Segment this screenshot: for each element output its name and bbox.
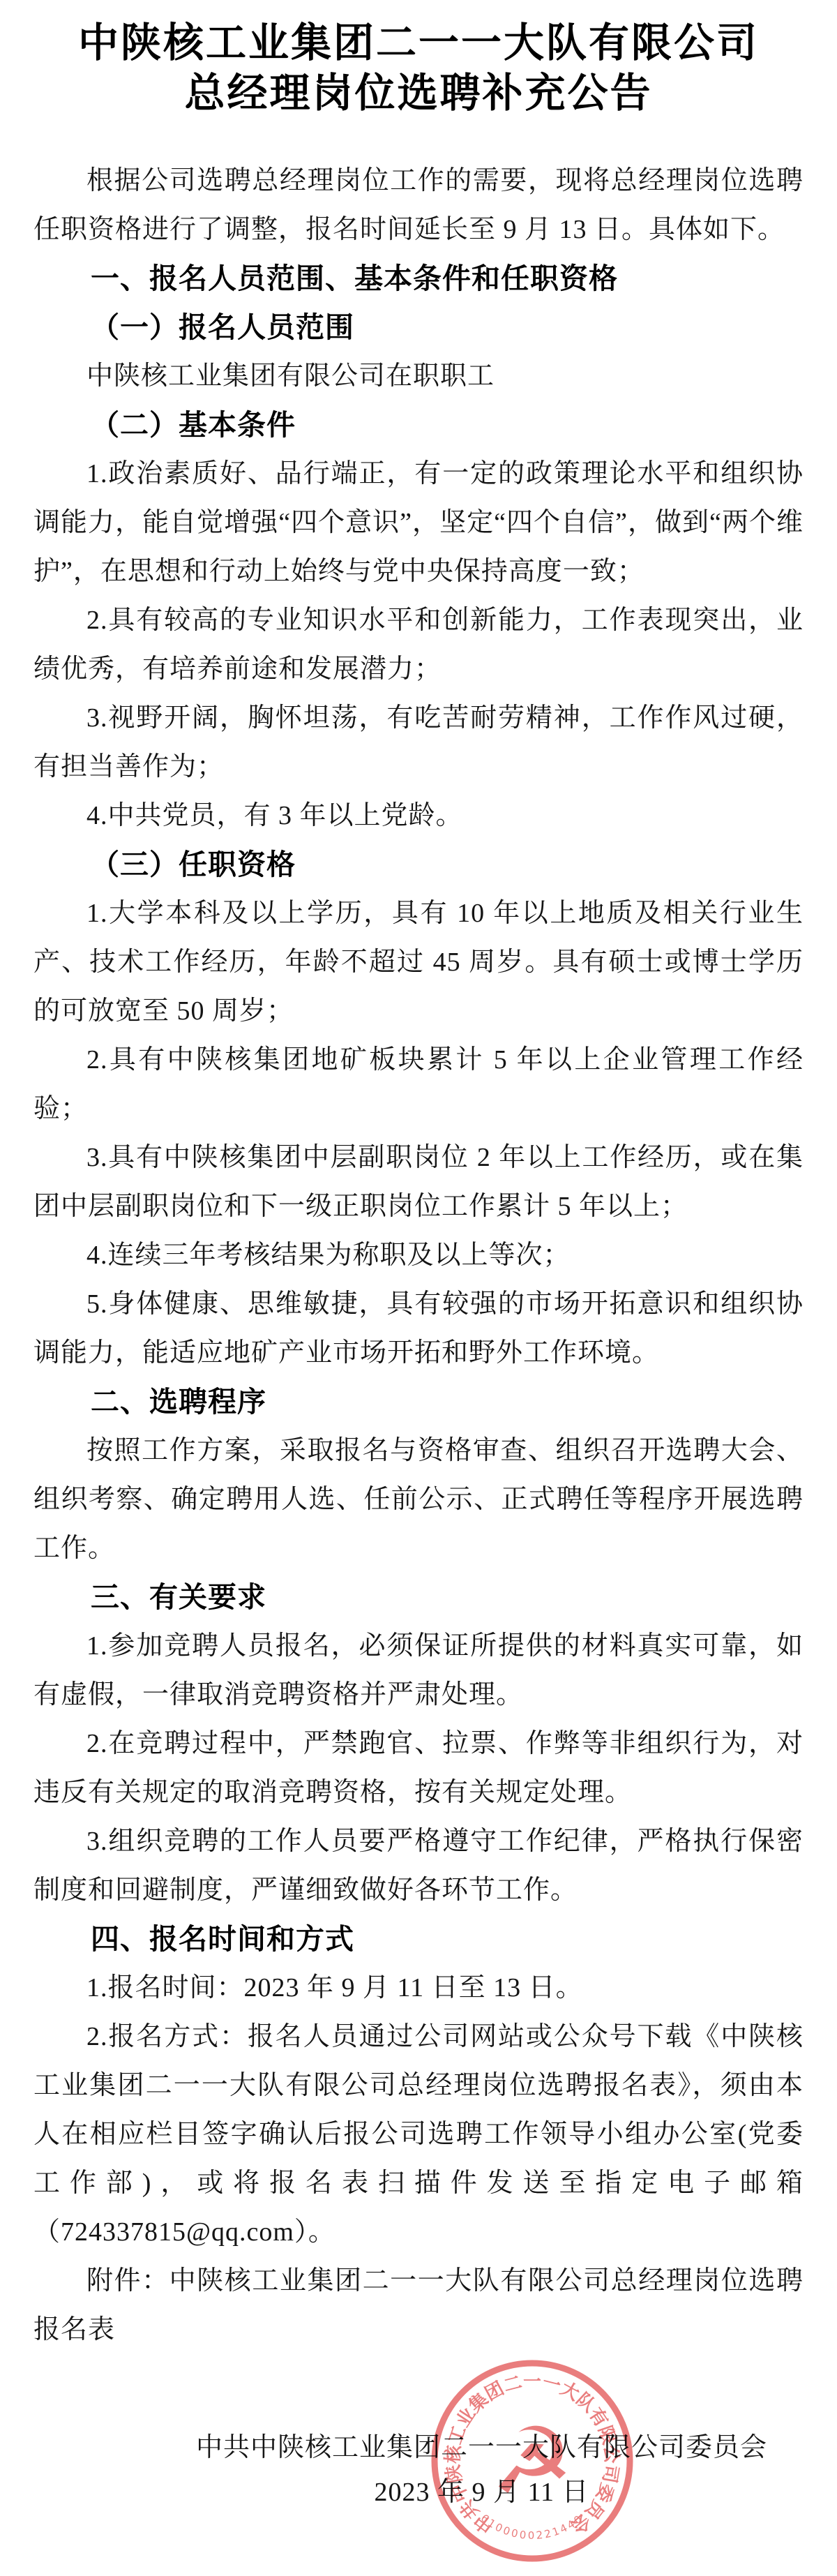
hammer-sickle-icon: ☭: [491, 2408, 573, 2515]
announcement-page: 中陕核工业集团二一一大队有限公司 总经理岗位选聘补充公告 根据公司选聘总经理岗位…: [0, 0, 837, 2576]
seal-serial-holder: 6100000221440: [478, 2512, 586, 2542]
basic-condition-item: 4.中共党员，有 3 年以上党龄。: [33, 791, 804, 840]
subsection-1-1-body: 中陕核工业集团有限公司在职职工: [33, 352, 804, 400]
section-2-body: 按照工作方案，采取报名与资格审查、组织召开选聘大会、组织考察、确定聘用人选、任前…: [33, 1426, 804, 1573]
subsection-1-3-heading: （三）任职资格: [33, 840, 804, 889]
registration-item: 1.报名时间：2023 年 9 月 11 日至 13 日。: [33, 1963, 804, 2012]
section-3-heading: 三、有关要求: [33, 1573, 804, 1622]
subsection-1-2-heading: （二）基本条件: [33, 400, 804, 449]
subsection-1-1-heading: （一）报名人员范围: [33, 303, 804, 352]
registration-item: 2.报名方式：报名人员通过公司网站或公众号下载《中陕核工业集团二一一大队有限公司…: [33, 2012, 804, 2256]
title-line-2: 总经理岗位选聘补充公告: [33, 68, 804, 119]
requirement-item: 1.参加竞聘人员报名，必须保证所提供的材料真实可靠，如有虚假，一律取消竞聘资格并…: [33, 1622, 804, 1719]
section-1-heading: 一、报名人员范围、基本条件和任职资格: [33, 254, 804, 303]
signature-block: 中共中陕核工业集团二一一大队有限公司委员会 2023 年 9 月 11 日: [33, 2425, 804, 2515]
seal-serial-number: 6100000221440: [478, 2512, 586, 2542]
basic-condition-item: 2.具有较高的专业知识水平和创新能力，工作表现突出，业绩优秀，有培养前途和发展潜…: [33, 596, 804, 694]
qualification-item: 4.连续三年考核结果为称职及以上等次；: [33, 1231, 804, 1280]
requirement-item: 3.组织竞聘的工作人员要严格遵守工作纪律，严格执行保密制度和回避制度，严谨细致做…: [33, 1817, 804, 1915]
basic-condition-item: 1.政治素质好、品行端正，有一定的政策理论水平和组织协调能力，能自觉增强“四个意…: [33, 449, 804, 596]
official-seal: 中共中陕核工业集团二一一大队有限公司委员会 ☭ 6100000221440: [428, 2356, 637, 2566]
qualification-item: 5.身体健康、思维敏捷，具有较强的市场开拓意识和组织协调能力，能适应地矿产业市场…: [33, 1280, 804, 1377]
attachment-paragraph: 附件：中陕核工业集团二一一大队有限公司总经理岗位选聘报名表: [33, 2256, 804, 2354]
document-body: 根据公司选聘总经理岗位工作的需要，现将总经理岗位选聘任职资格进行了调整，报名时间…: [33, 156, 804, 2354]
intro-paragraph: 根据公司选聘总经理岗位工作的需要，现将总经理岗位选聘任职资格进行了调整，报名时间…: [33, 156, 804, 254]
document-title: 中陕核工业集团二一一大队有限公司 总经理岗位选聘补充公告: [33, 18, 804, 119]
title-line-1: 中陕核工业集团二一一大队有限公司: [33, 18, 804, 68]
qualification-item: 2.具有中陕核集团地矿板块累计 5 年以上企业管理工作经验；: [33, 1035, 804, 1133]
requirement-item: 2.在竞聘过程中，严禁跑官、拉票、作弊等非组织行为，对违反有关规定的取消竞聘资格…: [33, 1719, 804, 1817]
section-4-heading: 四、报名时间和方式: [33, 1915, 804, 1963]
section-2-heading: 二、选聘程序: [33, 1377, 804, 1426]
qualification-item: 1.大学本科及以上学历，具有 10 年以上地质及相关行业生产、技术工作经历，年龄…: [33, 889, 804, 1035]
basic-condition-item: 3.视野开阔，胸怀坦荡，有吃苦耐劳精神，工作作风过硬，有担当善作为；: [33, 694, 804, 791]
qualification-item: 3.具有中陕核集团中层副职岗位 2 年以上工作经历，或在集团中层副职岗位和下一级…: [33, 1133, 804, 1231]
